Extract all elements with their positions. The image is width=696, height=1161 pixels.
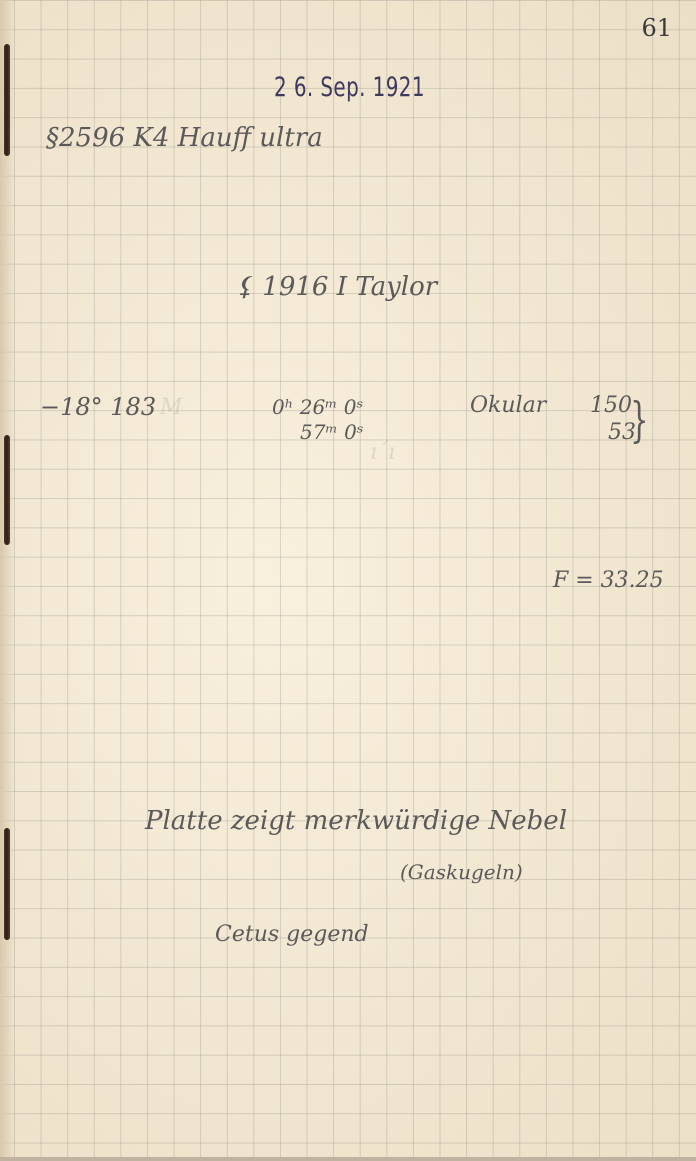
object-entry: ⚸ 1916 I Taylor [235, 272, 437, 302]
remark-parenthetical: (Gaskugeln) [400, 860, 523, 884]
bleed-through-mark: ı´ı [370, 440, 395, 465]
staple-middle [4, 435, 10, 545]
date-stamp: 2 6. Sep. 1921 [274, 72, 425, 103]
region-entry: Cetus gegend [215, 922, 369, 947]
exposure-end: 57ᵐ 0ˢ [300, 420, 364, 444]
ocular-label: Okular [470, 393, 546, 418]
staple-bottom [4, 828, 10, 940]
binding-shadow [0, 0, 14, 1161]
page-number: 61 [641, 14, 672, 42]
focus-entry: F = 33.25 [553, 568, 664, 593]
bleed-through-mark: M [160, 395, 183, 420]
ocular-value-1: 150 [590, 393, 632, 418]
staple-top [4, 44, 10, 156]
declination-entry: −18° 183 [40, 393, 156, 421]
page-bottom-edge [0, 1157, 696, 1161]
notebook-page: 61 2 6. Sep. 1921 §2596 K4 Hauff ultra ⚸… [0, 0, 696, 1161]
brace-glyph: } [630, 392, 648, 448]
plate-entry: §2596 K4 Hauff ultra [46, 123, 323, 153]
remark-entry: Platte zeigt merkwürdige Nebel [145, 806, 567, 836]
exposure-start: 0ʰ 26ᵐ 0ˢ [272, 395, 363, 419]
